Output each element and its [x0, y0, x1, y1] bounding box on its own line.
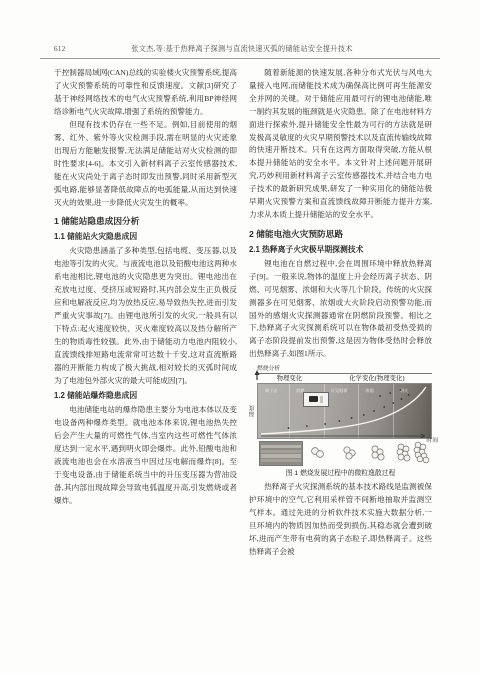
figure-phase-chemical: 化学变化(物理变化) — [322, 374, 432, 383]
section-heading-2-1: 2.1 热释离子火灾极早期探测技术 — [249, 245, 432, 255]
header-rule — [40, 58, 440, 59]
legend-row — [261, 459, 301, 462]
paragraph: 热释离子火灾探测系统的基本技术路线是监测被保护环境中的空气,它利用采样管不间断地… — [249, 481, 432, 558]
section-heading-1: 1 储能站隐患成因分析 — [54, 216, 237, 227]
paragraph: 火灾隐患涵盖了多种类型,包括电缆、变压器,以及电池等引发的火灾。与液流电池以及铅… — [54, 245, 237, 387]
figure-1: 燃烧分析 物理变化 化学变化(物理变化) 温度 离子态 阴燃 可见 — [249, 366, 432, 478]
figure-phase-physical: 物理变化 — [257, 374, 322, 383]
temperature-curve — [258, 384, 431, 438]
detector-icon — [309, 396, 318, 402]
running-header: 612 张文杰,等:基于热释离子探测与直流快速灭弧的储能站安全提升技术 — [54, 44, 430, 54]
section-heading-1-2: 1.2 储能站爆炸隐患成因 — [54, 391, 237, 401]
paragraph: 随着新能源的快速发展,各种分布式光伏与风电大量接入电网,而储能技术成为确保高比例… — [249, 67, 432, 222]
running-title: 张文杰,等:基于热释离子探测与直流快速灭弧的储能站安全提升技术 — [104, 44, 380, 54]
figure-analysis-label: 燃烧分析 — [257, 366, 432, 373]
figure-y-axis-label: 温度 — [249, 383, 257, 439]
paragraph: 于控制器局域网(CAN)总线的实验楼火灾预警系统,提高了火灾预警系统的可靠性和反… — [54, 67, 237, 119]
figure-plot-area: 离子态 阴燃 可见烟雾 浓烟 明火 — [257, 383, 432, 439]
section-heading-2: 2 储能电池火灾预防思路 — [249, 229, 432, 240]
right-column: 随着新能源的快速发展,各种分布式光伏与风电大量接入电网,而储能技术成为确保高比例… — [249, 67, 432, 559]
legend-row — [261, 454, 301, 457]
paper-page: 612 张文杰,等:基于热释离子探测与直流快速灭弧的储能站安全提升技术 于控制器… — [0, 0, 480, 673]
detector-inset — [303, 392, 329, 407]
y-axis-arrow-icon — [254, 370, 260, 380]
page-number: 612 — [54, 45, 104, 53]
figure-caption: 图 1 燃烧发展过程中的微粒逸散过程 — [249, 469, 432, 478]
paragraph: 锂电池在自燃过程中,会在周围环境中释放热释离子[9]。一般来说,物体的温度上升会… — [249, 258, 432, 361]
legend-row — [261, 445, 301, 448]
legend-row — [261, 450, 301, 453]
figure-particle-row: 时间 — [257, 439, 432, 465]
paragraph: 电池储能电站的爆炸隐患主要分为电池本体以及变电设备两种爆炸类型。就电池本体来说,… — [54, 404, 237, 507]
figure-main: 温度 离子态 阴燃 可见烟雾 浓烟 明火 — [249, 383, 432, 439]
particle-clusters — [301, 439, 431, 465]
figure-phase-row: 物理变化 化学变化(物理变化) — [257, 373, 432, 383]
detector-tag — [320, 396, 323, 403]
two-column-body: 于控制器局域网(CAN)总线的实验楼火灾预警系统,提高了火灾预警系统的可靠性和反… — [54, 67, 432, 559]
figure-legend-box — [259, 441, 303, 466]
section-heading-1-1: 1.1 储能站火灾隐患成因 — [54, 232, 237, 242]
left-column: 于控制器局域网(CAN)总线的实验楼火灾预警系统,提高了火灾预警系统的可靠性和反… — [54, 67, 237, 559]
paragraph: 但现有技术仍存在一些不足。例如,目前使用的烟雾、红外、紫外等火灾检测手段,需在明… — [54, 119, 237, 209]
